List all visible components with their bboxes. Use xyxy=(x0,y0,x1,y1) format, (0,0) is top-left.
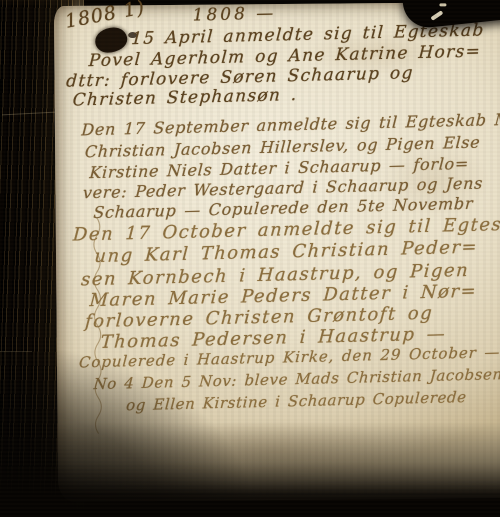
scanned-register-photo: 1808 1) 1808 — 15 April anmeldte sig til… xyxy=(0,0,500,517)
year-heading: 1808 — xyxy=(192,4,276,26)
photo-vignette-bottom xyxy=(0,422,500,517)
scratch-mark xyxy=(2,112,56,116)
manuscript-line: Christen Stephansøn . xyxy=(72,85,298,111)
ink-blot xyxy=(95,27,128,53)
corner-mark xyxy=(430,10,443,21)
